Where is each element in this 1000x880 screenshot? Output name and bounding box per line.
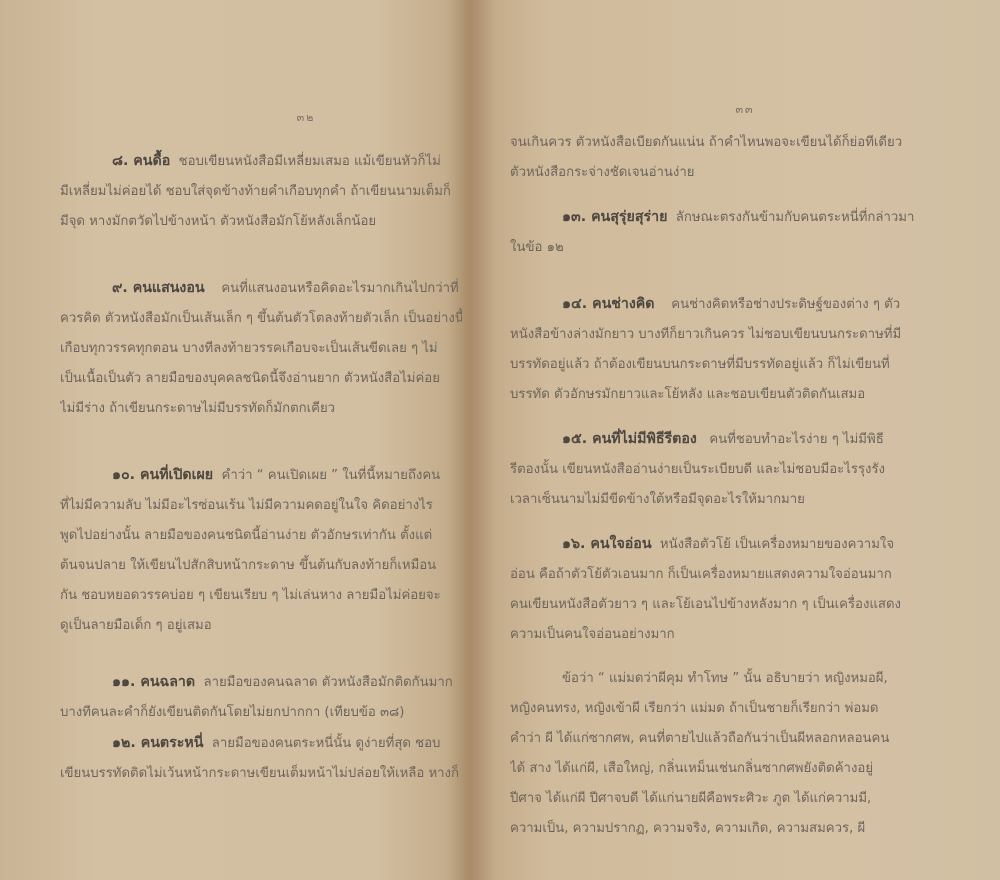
section-heading: ๑๔. คนช่างคิด	[562, 296, 655, 312]
section-heading: ๘. คนดื้อ	[112, 153, 170, 169]
section-heading: ๑๒. คนตระหนี่	[112, 735, 203, 751]
section-15: ๑๕. คนที่ไม่มีพิธีรีตอง คนที่ชอบทำอะไรง่…	[510, 424, 960, 515]
left-page: ๓๒ ๘. คนดื้อ ชอบเขียนหนังสือมีเหลี่ยมเสม…	[0, 0, 470, 880]
section-heading: ๙. คนแสนงอน	[112, 280, 205, 296]
note-paragraph: ข้อว่า “ แม่มดว่าผีคุม ทำโทษ ” นั้น อธิบ…	[510, 664, 960, 844]
continuation-paragraph: จนเกินควร ตัวหนังสือเบียดกันแน่น ถ้าคำไห…	[510, 128, 960, 188]
right-page: ๓๓ จนเกินควร ตัวหนังสือเบียดกันแน่น ถ้าค…	[470, 0, 1000, 880]
section-8: ๘. คนดื้อ ชอบเขียนหนังสือมีเหลี่ยมเสมอ แ…	[60, 146, 462, 237]
page-number: ๓๓	[530, 100, 960, 118]
book-spread: ๓๒ ๘. คนดื้อ ชอบเขียนหนังสือมีเหลี่ยมเสม…	[0, 0, 1000, 880]
section-11: ๑๑. คนฉลาด ลายมือของคนฉลาด ตัวหนังสือมัก…	[60, 667, 462, 728]
section-12: ๑๒. คนตระหนี่ ลายมือของคนตระหนี่นั้น ดูง…	[60, 728, 462, 789]
section-9: ๙. คนแสนงอน คนที่แสนงอนหรือคิดอะไรมากเกิ…	[60, 273, 462, 424]
section-heading: ๑๖. คนใจอ่อน	[562, 536, 652, 552]
section-heading: ๑๓. คนสุรุ่ยสุร่าย	[562, 209, 667, 225]
section-16: ๑๖. คนใจอ่อน หนังสือตัวโย้ เป็นเครื่องหม…	[510, 529, 960, 650]
page-number: ๓๒	[150, 108, 462, 126]
section-heading: ๑๐. คนที่เปิดเผย	[112, 467, 213, 483]
section-heading: ๑๕. คนที่ไม่มีพิธีรีตอง	[562, 431, 697, 447]
section-heading: ๑๑. คนฉลาด	[112, 674, 195, 690]
section-10: ๑๐. คนที่เปิดเผย คำว่า “ คนเปิดเผย ” ในท…	[60, 460, 462, 641]
section-14: ๑๔. คนช่างคิด คนช่างคิดหรือช่างประดิษฐ์ข…	[510, 289, 960, 410]
section-13: ๑๓. คนสุรุ่ยสุร่าย ลักษณะตรงกันข้ามกับคน…	[510, 202, 960, 263]
